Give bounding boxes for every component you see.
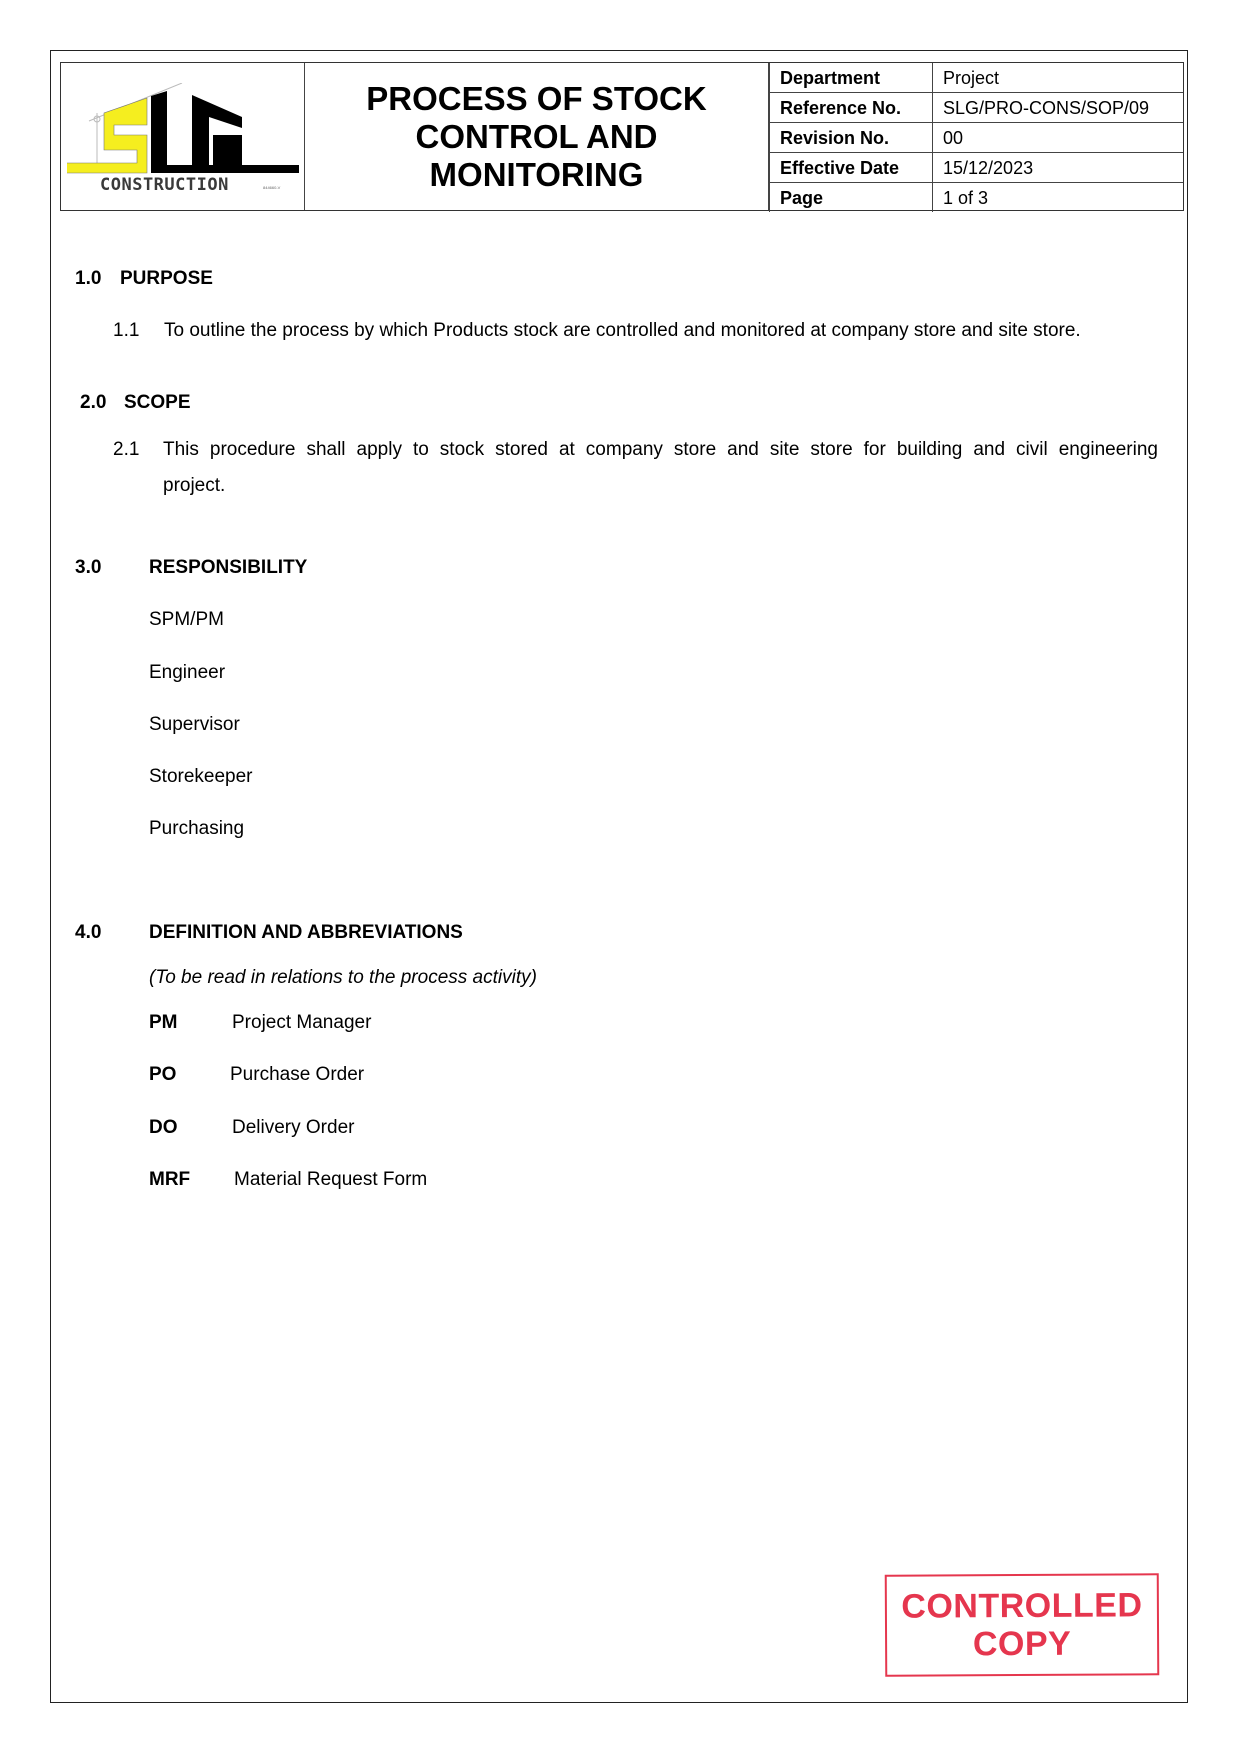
section-heading-purpose: PURPOSE	[120, 268, 213, 290]
section-number: 4.0	[75, 922, 101, 944]
section-number: 2.0	[80, 392, 106, 414]
purpose-text: To outline the process by which Products…	[164, 320, 1081, 342]
svg-text:CONSTRUCTION: CONSTRUCTION	[100, 175, 229, 193]
title-line: CONTROL AND	[347, 118, 727, 156]
slg-construction-logo-icon: CONSTRUCTION 844660-V	[67, 83, 299, 193]
role-item: Engineer	[149, 662, 225, 684]
section-number: 1.0	[75, 268, 101, 290]
term-abbr: PO	[149, 1064, 176, 1086]
role-item: SPM/PM	[149, 609, 224, 631]
role-item: Supervisor	[149, 714, 240, 736]
page-border	[50, 50, 1188, 1703]
item-number: 2.1	[113, 439, 139, 461]
term-meaning: Project Manager	[232, 1012, 371, 1034]
stamp-line: CONTROLLED	[901, 1586, 1142, 1625]
document-meta-table: Department Project Reference No. SLG/PRO…	[769, 63, 1183, 212]
meta-label: Revision No.	[770, 123, 933, 153]
meta-row-revision: Revision No. 00	[770, 123, 1184, 153]
meta-value: 00	[933, 123, 1184, 153]
scope-text-line1: This procedure shall apply to stock stor…	[163, 439, 1158, 461]
meta-value: 15/12/2023	[933, 153, 1184, 183]
meta-value: SLG/PRO-CONS/SOP/09	[933, 93, 1184, 123]
meta-label: Effective Date	[770, 153, 933, 183]
meta-row-effective-date: Effective Date 15/12/2023	[770, 153, 1184, 183]
section-heading-responsibility: RESPONSIBILITY	[149, 557, 307, 579]
stamp-line: COPY	[973, 1625, 1072, 1664]
company-logo: CONSTRUCTION 844660-V	[61, 63, 305, 210]
section-number: 3.0	[75, 557, 101, 579]
document-title: PROCESS OF STOCK CONTROL AND MONITORING	[347, 80, 727, 194]
meta-row-page: Page 1 of 3	[770, 183, 1184, 213]
section-heading-definitions: DEFINITION AND ABBREVIATIONS	[149, 922, 463, 944]
meta-label: Department	[770, 63, 933, 93]
term-meaning: Purchase Order	[230, 1064, 364, 1086]
meta-label: Reference No.	[770, 93, 933, 123]
title-line: PROCESS OF STOCK	[347, 80, 727, 118]
meta-row-department: Department Project	[770, 63, 1184, 93]
term-abbr: PM	[149, 1012, 178, 1034]
meta-value: 1 of 3	[933, 183, 1184, 213]
controlled-copy-stamp: CONTROLLED COPY	[885, 1573, 1160, 1676]
term-meaning: Material Request Form	[234, 1169, 427, 1191]
document-header: CONSTRUCTION 844660-V PROCESS OF STOCK C…	[60, 62, 1184, 211]
role-item: Storekeeper	[149, 766, 253, 788]
term-meaning: Delivery Order	[232, 1117, 354, 1139]
definitions-note: (To be read in relations to the process …	[149, 967, 537, 989]
term-abbr: MRF	[149, 1169, 190, 1191]
meta-label: Page	[770, 183, 933, 213]
item-number: 1.1	[113, 320, 139, 342]
term-abbr: DO	[149, 1117, 178, 1139]
scope-text-line2: project.	[163, 475, 225, 497]
meta-value: Project	[933, 63, 1184, 93]
title-line: MONITORING	[347, 156, 727, 194]
svg-text:844660-V: 844660-V	[263, 185, 281, 190]
document-title-cell: PROCESS OF STOCK CONTROL AND MONITORING	[305, 63, 769, 210]
section-heading-scope: SCOPE	[124, 392, 191, 414]
meta-row-reference: Reference No. SLG/PRO-CONS/SOP/09	[770, 93, 1184, 123]
role-item: Purchasing	[149, 818, 244, 840]
